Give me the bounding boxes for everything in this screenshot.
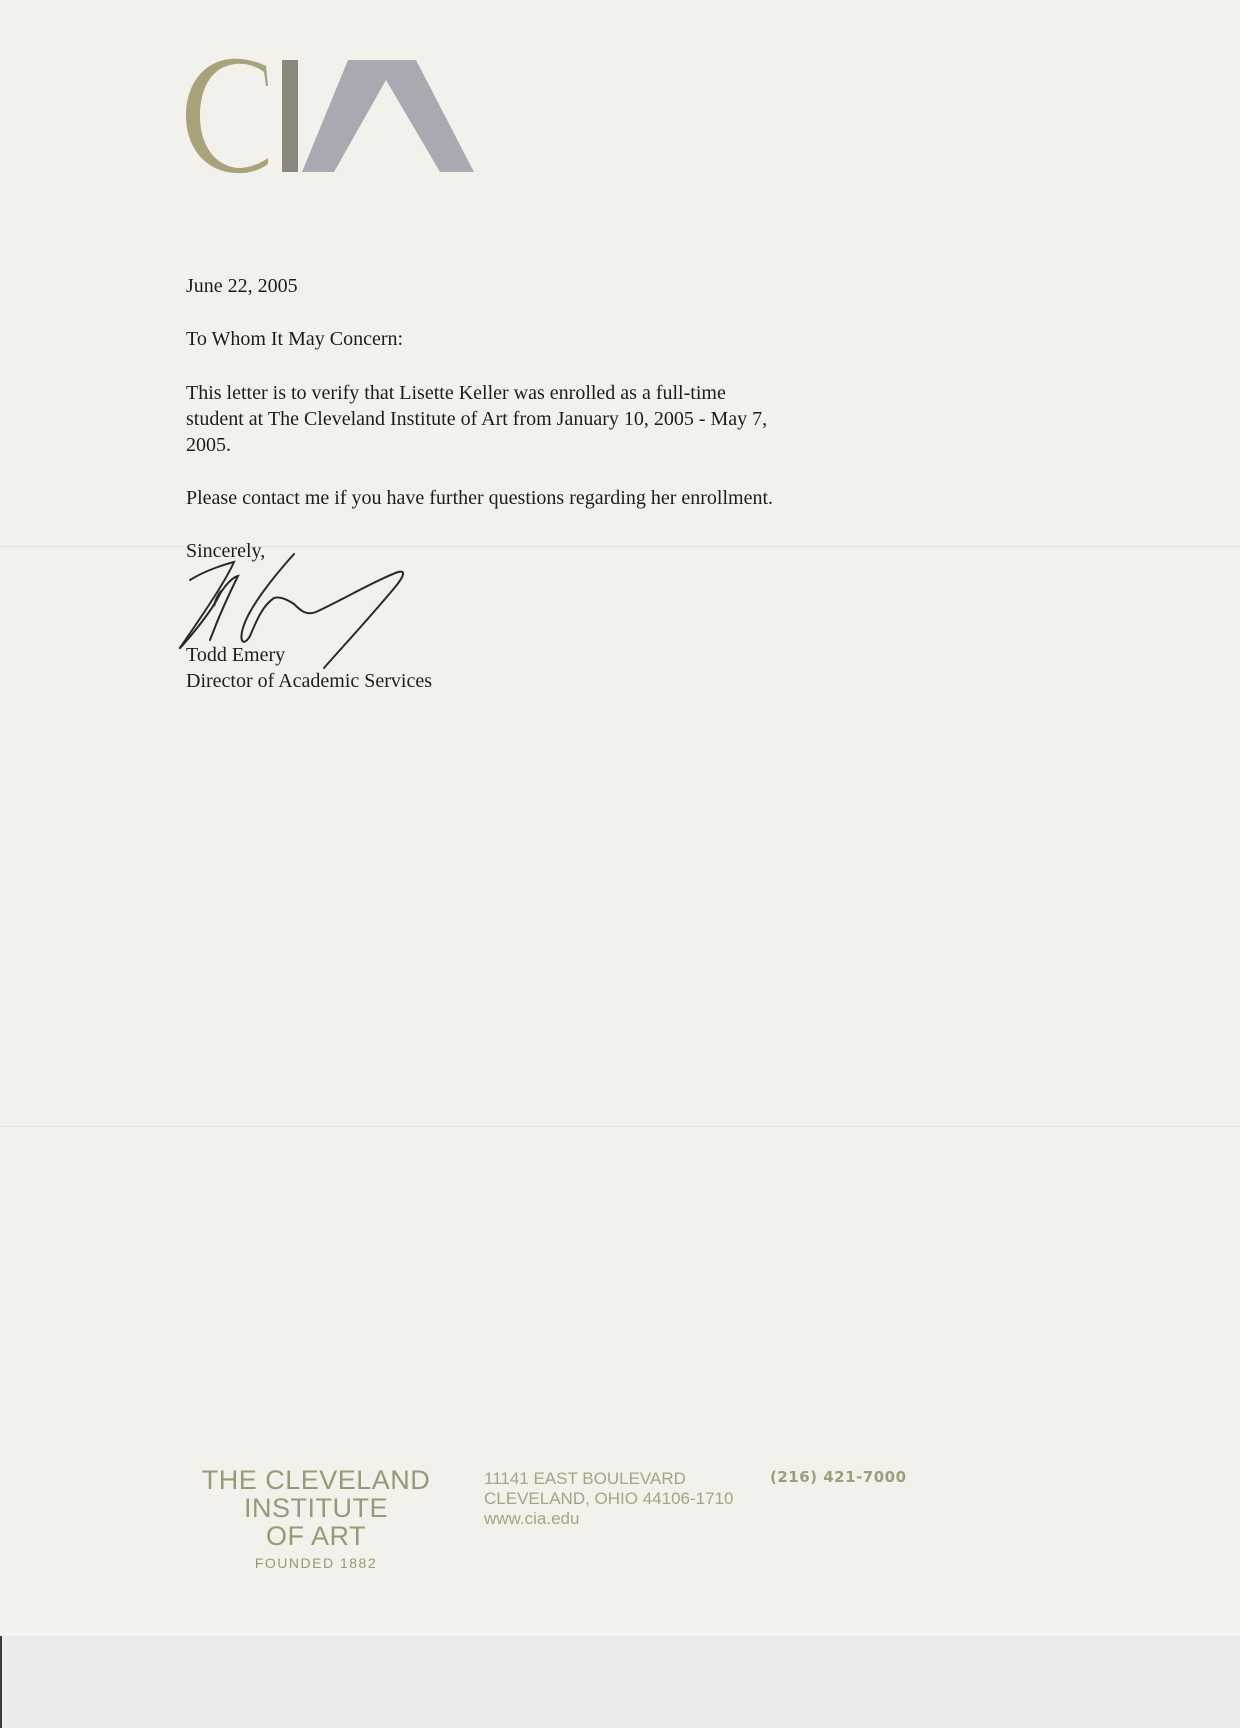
logo-letter-i [282, 60, 298, 172]
letter-salutation: To Whom It May Concern: [186, 326, 403, 352]
paragraph-line: student at The Cleveland Institute of Ar… [186, 406, 876, 432]
address-city: CLEVELAND, OHIO 44106-1710 [484, 1489, 733, 1509]
institution-address: 11141 EAST BOULEVARD CLEVELAND, OHIO 441… [484, 1469, 733, 1529]
scanner-edge [0, 1636, 2, 1728]
paragraph-line: This letter is to verify that Lisette Ke… [186, 380, 876, 406]
institution-name-block: THE CLEVELAND INSTITUTE OF ART FOUNDED 1… [186, 1466, 446, 1572]
institution-name-line: INSTITUTE [186, 1494, 446, 1522]
institution-name-line: THE CLEVELAND [186, 1466, 446, 1494]
founded-year: FOUNDED 1882 [186, 1554, 446, 1572]
logo-letter-c [186, 59, 268, 173]
address-street: 11141 EAST BOULEVARD [484, 1469, 733, 1489]
logo-letter-a [302, 60, 474, 172]
website-link[interactable]: www.cia.edu [484, 1509, 733, 1529]
institution-name-line: OF ART [186, 1522, 446, 1550]
letter-date: June 22, 2005 [186, 273, 298, 299]
institution-phone: (216) 421-7000 [770, 1468, 907, 1486]
scanner-background [0, 1633, 1240, 1728]
paragraph-line: 2005. [186, 432, 876, 458]
letter-main-paragraph: This letter is to verify that Lisette Ke… [186, 380, 876, 458]
cia-logo [184, 58, 474, 174]
letter-contact-paragraph: Please contact me if you have further qu… [186, 485, 773, 511]
paper-fold-line [0, 1126, 1240, 1128]
handwritten-signature [176, 550, 436, 680]
letter-page: June 22, 2005 To Whom It May Concern: Th… [0, 0, 1240, 1633]
